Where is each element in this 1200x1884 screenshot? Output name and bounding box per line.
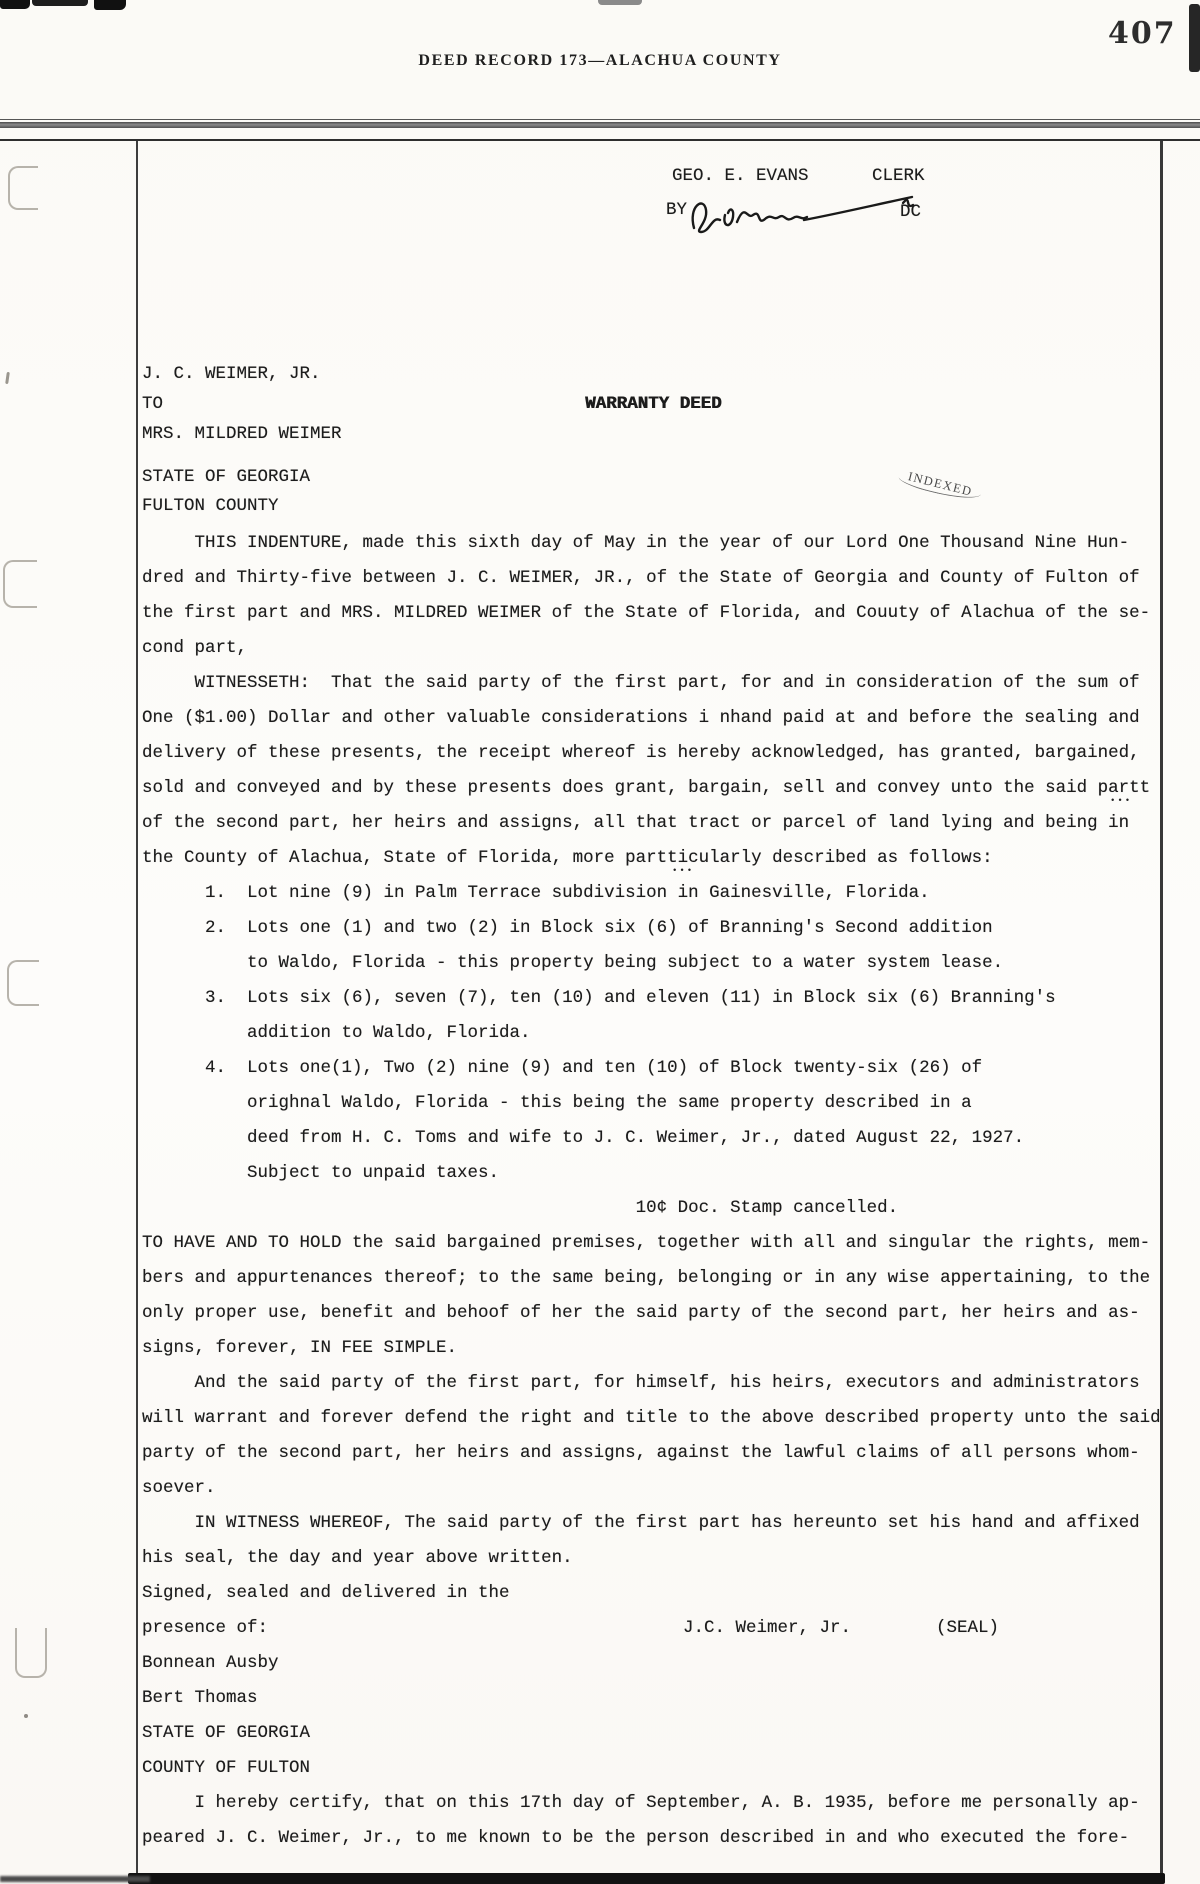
margin-bracket-mark <box>15 1628 47 1678</box>
scan-smudge <box>598 0 642 5</box>
document-line: his seal, the day and year above written… <box>142 1541 1172 1576</box>
witness-presence-line: presence of: <box>142 1611 1172 1646</box>
deed-body: THIS INDENTURE, made this sixth day of M… <box>142 526 1172 1856</box>
scan-edge-bar <box>128 1873 1165 1884</box>
page-header: DEED RECORD 173—ALACHUA COUNTY <box>0 52 1200 70</box>
margin-speck <box>24 1714 28 1718</box>
margin-tick-mark <box>5 372 10 384</box>
document-line: of the second part, her heirs and assign… <box>142 806 1172 841</box>
document-line: party of the second part, her heirs and … <box>142 1436 1172 1471</box>
typist-correction-dots: ••• <box>672 866 694 876</box>
document-line: the County of Alachua, State of Florida,… <box>142 841 1172 876</box>
document-line: dred and Thirty-five between J. C. WEIME… <box>142 561 1172 596</box>
document-line: will warrant and forever defend the righ… <box>142 1401 1172 1436</box>
document-line: delivery of these presents, the receipt … <box>142 736 1172 771</box>
document-line: bers and appurtenances thereof; to the s… <box>142 1261 1172 1296</box>
clerk-name: GEO. E. EVANS <box>672 166 809 186</box>
document-line: I hereby certify, that on this 17th day … <box>142 1786 1172 1821</box>
deputy-clerk-signature <box>684 184 916 240</box>
scan-smudge <box>0 1876 150 1882</box>
document-line: only proper use, benefit and behoof of h… <box>142 1296 1172 1331</box>
doc-stamp-note: 10¢ Doc. Stamp cancelled. <box>142 1191 1172 1226</box>
horizontal-rule-top <box>0 119 1200 120</box>
page-number: 407 <box>1108 16 1177 51</box>
scan-smudge <box>0 0 30 9</box>
document-line: THIS INDENTURE, made this sixth day of M… <box>142 526 1172 561</box>
document-line: cond part, <box>142 631 1172 666</box>
document-line: signs, forever, IN FEE SIMPLE. <box>142 1331 1172 1366</box>
horizontal-rule-bottom <box>0 139 1200 141</box>
horizontal-rule-thick <box>0 122 1200 128</box>
acknowledgment-state: STATE OF GEORGIA <box>142 1716 1172 1751</box>
document-line: WITNESSETH: That the said party of the f… <box>142 666 1172 701</box>
instrument-title: WARRANTY DEED <box>585 387 722 422</box>
property-list-item: deed from H. C. Toms and wife to J. C. W… <box>142 1121 1172 1156</box>
property-list-item: Subject to unpaid taxes. <box>142 1156 1172 1191</box>
scan-smudge <box>32 0 88 6</box>
typist-correction-dots: ••• <box>1110 796 1132 806</box>
property-list-item: 4. Lots one(1), Two (2) nine (9) and ten… <box>142 1051 1172 1086</box>
margin-bracket-mark <box>3 560 37 608</box>
property-list-item: 1. Lot nine (9) in Palm Terrace subdivis… <box>142 876 1172 911</box>
document-line: IN WITNESS WHEREOF, The said party of th… <box>142 1506 1172 1541</box>
witness-name: Bert Thomas <box>142 1681 1172 1716</box>
left-margin-rule <box>136 141 138 1884</box>
property-list-item: 3. Lots six (6), seven (7), ten (10) and… <box>142 981 1172 1016</box>
margin-bracket-mark <box>8 166 38 210</box>
indexed-stamp: INDEXED <box>897 467 983 504</box>
document-line: peared J. C. Weimer, Jr., to me known to… <box>142 1821 1172 1856</box>
property-list-item: to Waldo, Florida - this property being … <box>142 946 1172 981</box>
seal-label: (SEAL) <box>936 1611 999 1646</box>
property-list-item: orighnal Waldo, Florida - this being the… <box>142 1086 1172 1121</box>
document-line: One ($1.00) Dollar and other valuable co… <box>142 701 1172 736</box>
witness-name: Bonnean Ausby <box>142 1646 1172 1681</box>
document-line: soever. <box>142 1471 1172 1506</box>
scan-smudge <box>94 0 126 10</box>
clerk-title: CLERK <box>872 166 925 186</box>
document-line: the first part and MRS. MILDRED WEIMER o… <box>142 596 1172 631</box>
document-line: And the said party of the first part, fo… <box>142 1366 1172 1401</box>
deed-record-page: 407 DEED RECORD 173—ALACHUA COUNTY GEO. … <box>0 0 1200 1884</box>
acknowledgment-county: COUNTY OF FULTON <box>142 1751 1172 1786</box>
document-line: sold and conveyed and by these presents … <box>142 771 1172 806</box>
county-caption: FULTON COUNTY <box>142 489 279 524</box>
document-line: TO HAVE AND TO HOLD the said bargained p… <box>142 1226 1172 1261</box>
property-list-item: 2. Lots one (1) and two (2) in Block six… <box>142 911 1172 946</box>
margin-bracket-mark <box>7 960 39 1006</box>
property-list-item: addition to Waldo, Florida. <box>142 1016 1172 1051</box>
grantee-name: MRS. MILDRED WEIMER <box>142 417 342 452</box>
grantor-name: J. C. WEIMER, JR. <box>142 357 321 392</box>
document-line: Signed, sealed and delivered in the <box>142 1576 1172 1611</box>
grantor-signature: J.C. Weimer, Jr. <box>683 1611 851 1646</box>
